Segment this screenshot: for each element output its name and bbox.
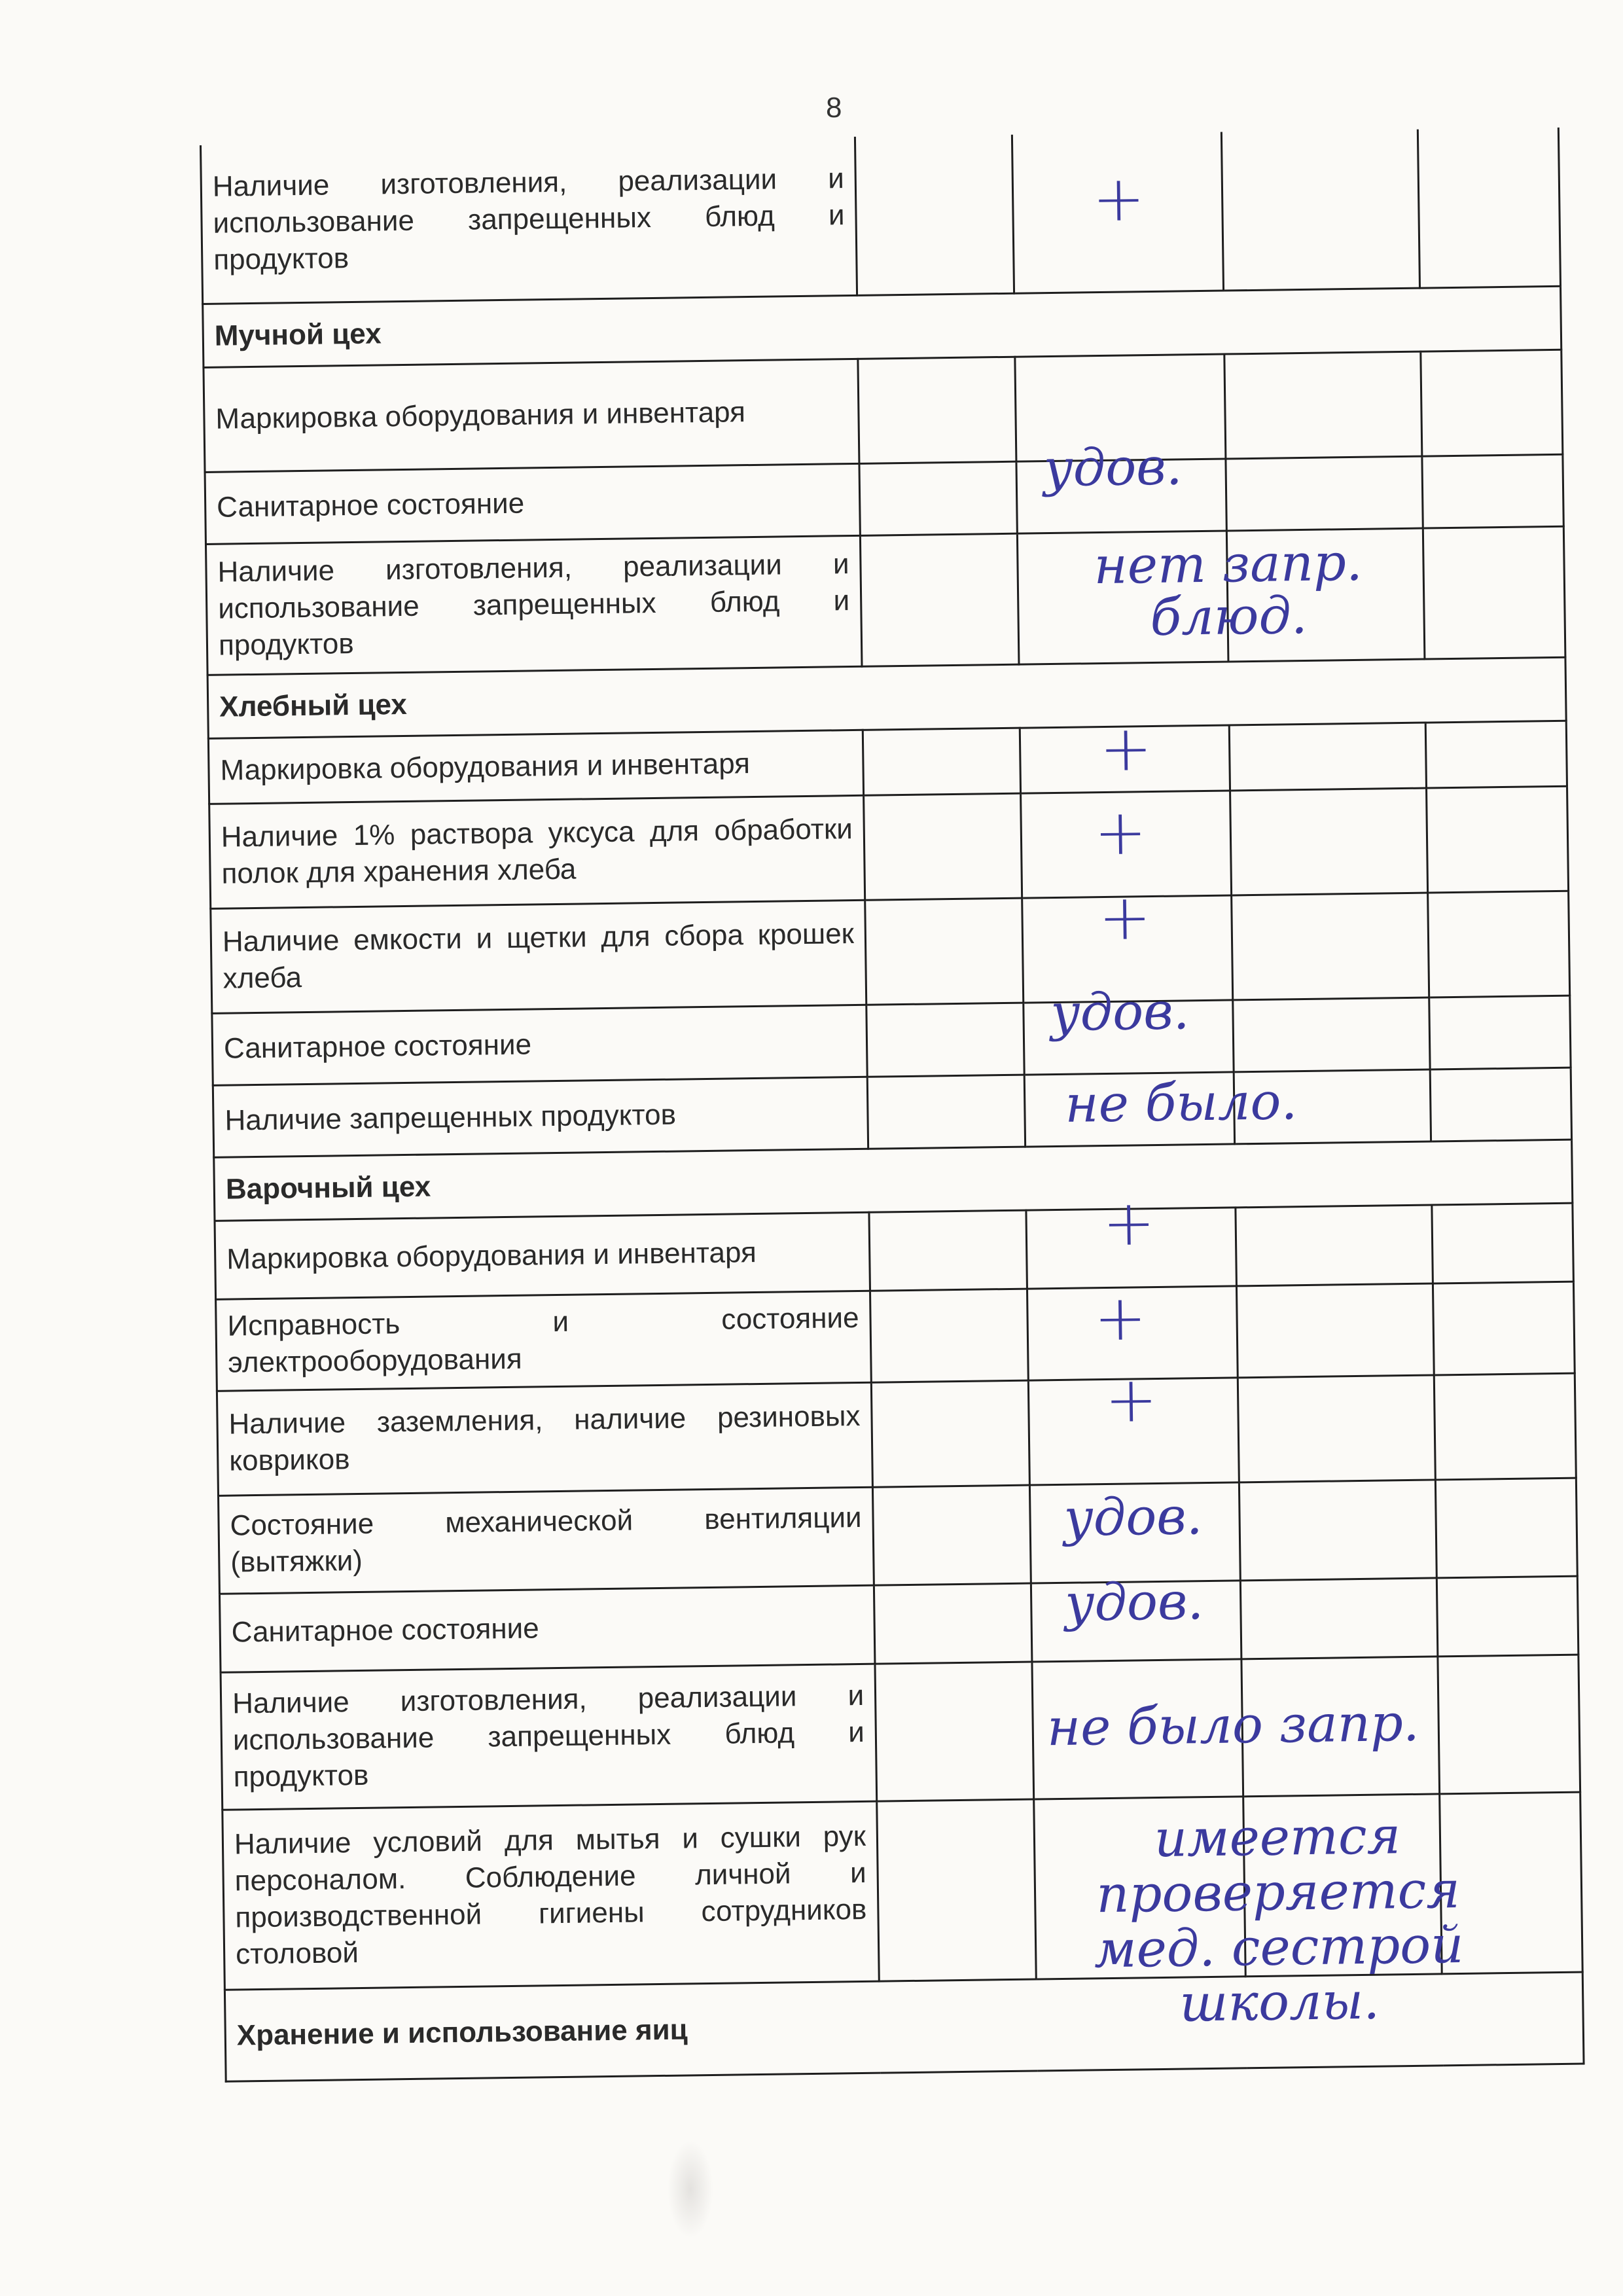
table-row: Наличие изготовления, реализации и испол… xyxy=(221,1655,1580,1810)
page-number: 8 xyxy=(826,92,842,124)
handwritten-note: удов. xyxy=(1050,985,1190,1039)
mark-cell: нет запр. блюд. xyxy=(1017,531,1228,664)
table-row: Наличие емкости и щетки для сбора крошек… xyxy=(211,891,1570,1013)
empty-cell xyxy=(875,1662,1034,1801)
empty-cell xyxy=(877,1799,1037,1981)
criterion-cell: Санитарное состояние xyxy=(219,1585,874,1672)
empty-cell xyxy=(866,1003,1024,1077)
empty-cell xyxy=(1233,997,1430,1072)
table-row: Наличие изготовления, реализации и испол… xyxy=(205,526,1565,675)
empty-cell xyxy=(1239,1479,1436,1580)
criterion-cell: Наличие условий для мытья и сушки рук пе… xyxy=(223,1801,880,1990)
empty-cell xyxy=(1435,1478,1577,1578)
table-row: Исправность и состояние электрооборудова… xyxy=(216,1282,1575,1391)
mark-cell: удов. xyxy=(1029,1482,1240,1583)
empty-cell xyxy=(872,1485,1031,1585)
mark-cell: удов. xyxy=(1024,999,1234,1074)
empty-cell xyxy=(1221,130,1419,291)
empty-cell xyxy=(1427,786,1569,893)
paper-stain xyxy=(668,2140,713,2238)
mark-cell: + xyxy=(1012,132,1223,293)
empty-cell xyxy=(1430,1067,1571,1141)
empty-cell xyxy=(1236,1204,1433,1285)
handwritten-note: удов. xyxy=(1043,440,1183,495)
empty-cell xyxy=(1238,1374,1435,1482)
criterion-cell: Санитарное состояние xyxy=(212,1005,867,1085)
handwritten-note: удов. xyxy=(1065,1575,1204,1630)
empty-cell xyxy=(1422,454,1563,528)
mark-cell: имеется проверяется мед. сестрой школы. xyxy=(1034,1796,1246,1979)
empty-cell xyxy=(865,898,1024,1005)
inspection-table-wrap: Наличие изготовления, реализации и испол… xyxy=(200,128,1583,2082)
criterion-cell: Маркировка оборудования и инвентаря xyxy=(208,730,863,804)
handwritten-note: не было. xyxy=(1065,1075,1298,1131)
empty-cell xyxy=(1232,893,1429,1000)
handwritten-plus-mark: + xyxy=(1092,172,1145,225)
empty-cell xyxy=(1425,721,1567,788)
empty-cell xyxy=(874,1583,1032,1664)
mark-cell: удов. xyxy=(1031,1580,1241,1661)
table-row: Маркировка оборудования и инвентаря xyxy=(204,350,1563,472)
empty-cell xyxy=(871,1380,1029,1487)
empty-cell xyxy=(859,461,1017,535)
mark-cell: + xyxy=(1028,1377,1239,1484)
criterion-cell: Наличие изготовления, реализации и испол… xyxy=(205,535,862,675)
inspection-checklist-table: Наличие изготовления, реализации и испол… xyxy=(200,128,1585,2082)
mark-cell: + xyxy=(1026,1207,1237,1288)
handwritten-note: нет запр. блюд. xyxy=(1044,535,1412,645)
criterion-cell: Маркировка оборудования и инвентаря xyxy=(204,359,859,472)
handwritten-plus-mark: + xyxy=(1102,1196,1155,1249)
empty-cell xyxy=(1429,996,1571,1069)
empty-cell xyxy=(1438,1655,1580,1794)
table-row: Состояние механической вентиляции (вытяж… xyxy=(219,1478,1578,1594)
empty-cell xyxy=(860,533,1019,666)
empty-cell xyxy=(1432,1203,1574,1283)
table-row: Наличие 1% раствора уксуса для обработки… xyxy=(209,786,1569,908)
empty-cell xyxy=(1229,723,1426,791)
empty-cell xyxy=(858,357,1016,463)
handwritten-plus-mark: + xyxy=(1105,1373,1158,1426)
empty-cell xyxy=(855,135,1014,295)
criterion-cell: Исправность и состояние электрооборудова… xyxy=(216,1291,872,1391)
empty-cell xyxy=(1428,891,1570,997)
criterion-cell: Состояние механической вентиляции (вытяж… xyxy=(219,1487,874,1594)
table-row: Наличие условий для мытья и сушки рук пе… xyxy=(223,1792,1582,1990)
empty-cell xyxy=(867,1075,1025,1149)
empty-cell xyxy=(1421,350,1563,456)
table-row: Наличие заземления, наличие резиновых ко… xyxy=(217,1373,1576,1496)
empty-cell xyxy=(869,1210,1027,1291)
handwritten-plus-mark: + xyxy=(1094,806,1147,859)
criterion-cell: Санитарное состояние xyxy=(205,463,860,544)
handwritten-plus-mark: + xyxy=(1099,722,1152,775)
empty-cell xyxy=(1230,788,1428,895)
empty-cell xyxy=(1224,351,1422,459)
criterion-cell: Наличие 1% раствора уксуса для обработки… xyxy=(209,795,865,908)
mark-cell: не было. xyxy=(1024,1071,1234,1146)
criterion-cell: Маркировка оборудования и инвентаря xyxy=(215,1212,870,1299)
empty-cell xyxy=(1436,1576,1578,1657)
criterion-cell: Наличие изготовления, реализации и испол… xyxy=(221,1664,877,1810)
empty-cell xyxy=(1418,128,1560,288)
handwritten-note: не было запр. xyxy=(1046,1696,1419,1753)
criterion-cell: Наличие изготовления, реализации и испол… xyxy=(200,137,857,304)
handwritten-note: удов. xyxy=(1063,1490,1203,1545)
empty-cell xyxy=(1433,1282,1575,1375)
mark-cell: удов. xyxy=(1016,459,1226,533)
table-row: Наличие изготовления, реализации и испол… xyxy=(200,128,1560,304)
empty-cell xyxy=(1434,1373,1576,1480)
criterion-cell: Наличие запрещенных продуктов xyxy=(213,1077,868,1157)
mark-cell: + xyxy=(1020,725,1230,793)
empty-cell xyxy=(870,1289,1028,1382)
handwritten-note: имеется проверяется мед. сестрой школы. xyxy=(1041,1806,1515,2032)
empty-cell xyxy=(1226,456,1423,531)
empty-cell xyxy=(1423,526,1565,659)
criterion-cell: Наличие заземления, наличие резиновых ко… xyxy=(217,1382,872,1496)
criterion-cell: Наличие емкости и щетки для сбора крошек… xyxy=(211,900,866,1013)
empty-cell xyxy=(863,728,1020,795)
empty-cell xyxy=(1236,1283,1434,1377)
mark-cell: не было запр. xyxy=(1032,1659,1243,1799)
handwritten-plus-mark: + xyxy=(1098,891,1151,944)
handwritten-plus-mark: + xyxy=(1094,1291,1147,1344)
empty-cell xyxy=(864,793,1022,900)
empty-cell xyxy=(1240,1577,1438,1659)
